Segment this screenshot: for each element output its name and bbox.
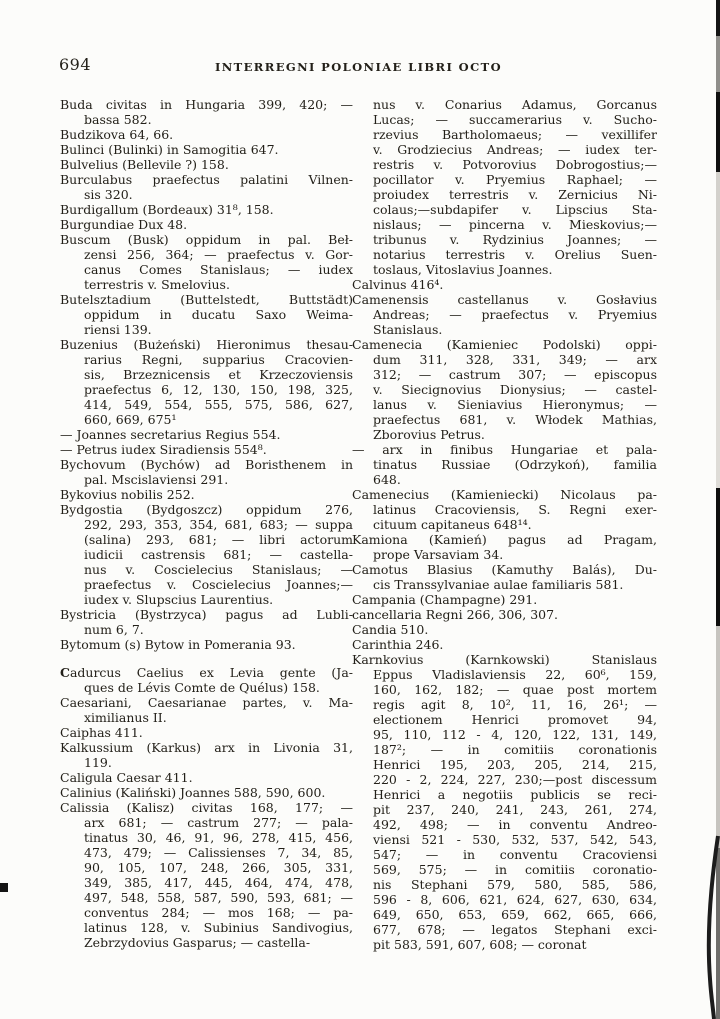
index-line: Buscum (Busk) oppidum in pal. Beł- bbox=[60, 232, 353, 247]
index-entry: Burgundiae Dux 48. bbox=[60, 217, 353, 232]
index-line: Bydgostia (Bydgoszcz) oppidum 276, bbox=[60, 502, 353, 517]
index-line: praefectus 681, v. Włodek Mathias, bbox=[352, 412, 657, 427]
index-line: Campania (Champagne) 291. bbox=[352, 592, 657, 607]
index-entry: Buscum (Busk) oppidum in pal. Beł-zensi … bbox=[60, 232, 353, 292]
index-line: Henrici 195, 203, 205, 214, 215, bbox=[352, 757, 657, 772]
index-line: Zebrzydovius Gasparus; — castella- bbox=[60, 935, 353, 950]
index-line: pit 237, 240, 241, 243, 261, 274, bbox=[352, 802, 657, 817]
index-line: dum 311, 328, 331, 349; — arx bbox=[352, 352, 657, 367]
index-line: cituum capitaneus 648¹⁴. bbox=[352, 517, 657, 532]
index-line: — Petrus iudex Siradiensis 554⁸. bbox=[60, 442, 353, 457]
index-entry: Bystricia (Bystrzyca) pagus ad Lubli-num… bbox=[60, 607, 353, 637]
index-entry: Carinthia 246. bbox=[352, 637, 657, 652]
index-line: 349, 385, 417, 445, 464, 474, 478, bbox=[60, 875, 353, 890]
index-line: regis agit 8, 10², 11, 16, 26¹; — bbox=[352, 697, 657, 712]
index-entry: Campania (Champagne) 291. bbox=[352, 592, 657, 607]
edge-dark-segment bbox=[716, 0, 720, 36]
index-column-left: Buda civitas in Hungaria 399, 420; —bass… bbox=[60, 97, 353, 950]
index-line: Zborovius Petrus. bbox=[352, 427, 657, 442]
index-entry: Budzikova 64, 66. bbox=[60, 127, 353, 142]
edge-dark-segment bbox=[716, 36, 720, 92]
index-line: 473, 479; — Calissienses 7, 34, 85, bbox=[60, 845, 353, 860]
index-line: Caligula Caesar 411. bbox=[60, 770, 353, 785]
index-line: tinatus 30, 46, 91, 96, 278, 415, 456, bbox=[60, 830, 353, 845]
index-line: proiudex terrestris v. Zernicius Ni- bbox=[352, 187, 657, 202]
index-line: cancellaria Regni 266, 306, 307. bbox=[352, 607, 657, 622]
index-line: Burdigallum (Bordeaux) 31⁸, 158. bbox=[60, 202, 353, 217]
index-entry: Caiphas 411. bbox=[60, 725, 353, 740]
index-line: pal. Mscislaviensi 291. bbox=[60, 472, 353, 487]
index-entry: Caesariani, Caesarianae partes, v. Ma-xi… bbox=[60, 695, 353, 725]
index-line: restris v. Potvorovius Dobrogostius;— bbox=[352, 157, 657, 172]
index-line: 649, 650, 653, 659, 662, 665, 666, bbox=[352, 907, 657, 922]
index-entry: cancellaria Regni 266, 306, 307. bbox=[352, 607, 657, 622]
index-line: zensi 256, 364; — praefectus v. Gor- bbox=[60, 247, 353, 262]
index-line: cis Transsylvaniae aulae familiaris 581. bbox=[352, 577, 657, 592]
index-line: (salina) 293, 681; — libri actorum bbox=[60, 532, 353, 547]
index-line: terrestris v. Smelovius. bbox=[60, 277, 353, 292]
index-line: Calinius (Kaliński) Joannes 588, 590, 60… bbox=[60, 785, 353, 800]
index-line: 160, 162, 182; — quae post mortem bbox=[352, 682, 657, 697]
index-line: Burculabus praefectus palatini Vilnen- bbox=[60, 172, 353, 187]
index-line: Kamiona (Kamień) pagus ad Pragam, bbox=[352, 532, 657, 547]
index-line: 414, 549, 554, 555, 575, 586, 627, bbox=[60, 397, 353, 412]
index-line: Candia 510. bbox=[352, 622, 657, 637]
index-line: 547; — in conventu Cracoviensi bbox=[352, 847, 657, 862]
index-entry: Bytomum (s) Bytow in Pomerania 93. bbox=[60, 637, 353, 652]
index-line: sis 320. bbox=[60, 187, 353, 202]
index-line: ques de Lévis Comte de Quélus) 158. bbox=[60, 680, 353, 695]
index-line: iudex v. Slupscius Laurentius. bbox=[60, 592, 353, 607]
index-line: Andreas; — praefectus v. Pryemius bbox=[352, 307, 657, 322]
index-line: latinus Cracoviensis, S. Regni exer- bbox=[352, 502, 657, 517]
index-entry: Bychovum (Bychów) ad Boristhenem inpal. … bbox=[60, 457, 353, 487]
edge-dark-segment bbox=[716, 172, 720, 300]
index-line: 596 - 8, 606, 621, 624, 627, 630, 634, bbox=[352, 892, 657, 907]
index-line: v. Siecignovius Dionysius; — castel- bbox=[352, 382, 657, 397]
scan-mark-artifact bbox=[0, 883, 8, 892]
index-line: riensi 139. bbox=[60, 322, 353, 337]
index-line: Calissia (Kalisz) civitas 168, 177; — bbox=[60, 800, 353, 815]
index-line: pocillator v. Pryemius Raphael; — bbox=[352, 172, 657, 187]
running-title: INTERREGNI POLONIAE LIBRI OCTO bbox=[60, 60, 657, 74]
index-line: nis Stephani 579, 580, 585, 586, bbox=[352, 877, 657, 892]
index-line: Calvinus 416⁴. bbox=[352, 277, 657, 292]
index-line: 292, 293, 353, 354, 681, 683; — suppa bbox=[60, 517, 353, 532]
index-line: 648. bbox=[352, 472, 657, 487]
index-line: lanus v. Sieniavius Hieronymus; — bbox=[352, 397, 657, 412]
index-line: pit 583, 591, 607, 608; — coronat bbox=[352, 937, 657, 952]
index-entry: nus v. Conarius Adamus, GorcanusLucas; —… bbox=[352, 97, 657, 277]
index-entry: Camenecius (Kamieniecki) Nicolaus pa-lat… bbox=[352, 487, 657, 532]
index-line: Lucas; — succamerarius v. Sucho- bbox=[352, 112, 657, 127]
index-line: prope Varsaviam 34. bbox=[352, 547, 657, 562]
index-line: Buzenius (Bużeński) Hieronimus thesau- bbox=[60, 337, 353, 352]
index-line: 187²; — in comitiis coronationis bbox=[352, 742, 657, 757]
index-line: Bychovum (Bychów) ad Boristhenem in bbox=[60, 457, 353, 472]
index-line: 312; — castrum 307; — episcopus bbox=[352, 367, 657, 382]
index-entry: — arx in finibus Hungariae et pala-tinat… bbox=[352, 442, 657, 487]
index-line: nus v. Conarius Adamus, Gorcanus bbox=[352, 97, 657, 112]
scan-curl-artifact bbox=[704, 834, 720, 1019]
index-line: Henrici a negotiis publicis se reci- bbox=[352, 787, 657, 802]
index-line: 677, 678; — legatos Stephani exci- bbox=[352, 922, 657, 937]
index-entry: Burdigallum (Bordeaux) 31⁸, 158. bbox=[60, 202, 353, 217]
index-line: 497, 548, 558, 587, 590, 593, 681; — bbox=[60, 890, 353, 905]
edge-dark-segment bbox=[716, 488, 720, 626]
index-line: ximilianus II. bbox=[60, 710, 353, 725]
index-line: electionem Henrici promovet 94, bbox=[352, 712, 657, 727]
index-entry: Bulvelius (Bellevile ?) 158. bbox=[60, 157, 353, 172]
index-entry: Caligula Caesar 411. bbox=[60, 770, 353, 785]
index-line: Carinthia 246. bbox=[352, 637, 657, 652]
index-line: Camenecia (Kamieniec Podolski) oppi- bbox=[352, 337, 657, 352]
index-line: praefectus 6, 12, 130, 150, 198, 325, bbox=[60, 382, 353, 397]
index-line: conventus 284; — mos 168; — pa- bbox=[60, 905, 353, 920]
index-line: canus Comes Stanislaus; — iudex bbox=[60, 262, 353, 277]
book-page: 694 INTERREGNI POLONIAE LIBRI OCTO Buda … bbox=[0, 0, 720, 1019]
index-line: Bykovius nobilis 252. bbox=[60, 487, 353, 502]
index-entry: Camenecia (Kamieniec Podolski) oppi-dum … bbox=[352, 337, 657, 442]
index-line: Buda civitas in Hungaria 399, 420; — bbox=[60, 97, 353, 112]
index-entry: Kalkussium (Karkus) arx in Livonia 31,11… bbox=[60, 740, 353, 770]
index-line: Camenecius (Kamieniecki) Nicolaus pa- bbox=[352, 487, 657, 502]
index-line: Bystricia (Bystrzyca) pagus ad Lubli- bbox=[60, 607, 353, 622]
index-line: tribunus v. Rydzinius Joannes; — bbox=[352, 232, 657, 247]
index-entry: — Petrus iudex Siradiensis 554⁸. bbox=[60, 442, 353, 457]
index-line: Caesariani, Caesarianae partes, v. Ma- bbox=[60, 695, 353, 710]
index-line: Kalkussium (Karkus) arx in Livonia 31, bbox=[60, 740, 353, 755]
index-line: Bulvelius (Bellevile ?) 158. bbox=[60, 157, 353, 172]
index-line: Camotus Blasius (Kamuthy Balás), Du- bbox=[352, 562, 657, 577]
index-entry: Buzenius (Bużeński) Hieronimus thesau-ra… bbox=[60, 337, 353, 427]
index-line: 660, 669, 675¹ bbox=[60, 412, 353, 427]
index-entry: Calinius (Kaliński) Joannes 588, 590, 60… bbox=[60, 785, 353, 800]
index-column-right: nus v. Conarius Adamus, GorcanusLucas; —… bbox=[352, 97, 657, 952]
index-line: — arx in finibus Hungariae et pala- bbox=[352, 442, 657, 457]
index-line: 569, 575; — in comitiis coronatio- bbox=[352, 862, 657, 877]
index-line: 492, 498; — in conventu Andreo- bbox=[352, 817, 657, 832]
index-line: 119. bbox=[60, 755, 353, 770]
index-line: Budzikova 64, 66. bbox=[60, 127, 353, 142]
index-line: colaus;—subdapifer v. Lipscius Sta- bbox=[352, 202, 657, 217]
index-entry: Bykovius nobilis 252. bbox=[60, 487, 353, 502]
index-entry: Camenensis castellanus v. GosłaviusAndre… bbox=[352, 292, 657, 337]
index-entry: Buda civitas in Hungaria 399, 420; —bass… bbox=[60, 97, 353, 127]
index-line: 95, 110, 112 - 4, 120, 122, 131, 149, bbox=[352, 727, 657, 742]
index-line: bassa 582. bbox=[60, 112, 353, 127]
index-entry: Bulinci (Bulinki) in Samogitia 647. bbox=[60, 142, 353, 157]
index-entry: Bydgostia (Bydgoszcz) oppidum 276,292, 2… bbox=[60, 502, 353, 607]
index-line: sis, Brzeznicensis et Krzeczoviensis bbox=[60, 367, 353, 382]
index-entry: Calissia (Kalisz) civitas 168, 177; —arx… bbox=[60, 800, 353, 950]
index-line: Butelsztadium (Buttelstedt, Buttstädt) bbox=[60, 292, 353, 307]
index-line: 90, 105, 107, 248, 266, 305, 331, bbox=[60, 860, 353, 875]
index-line: — Joannes secretarius Regius 554. bbox=[60, 427, 353, 442]
index-line: num 6, 7. bbox=[60, 622, 353, 637]
index-line: 220 - 2, 224, 227, 230;—post discessum bbox=[352, 772, 657, 787]
index-line: rarius Regni, supparius Cracovien- bbox=[60, 352, 353, 367]
index-line: Stanislaus. bbox=[352, 322, 657, 337]
index-entry: Candia 510. bbox=[352, 622, 657, 637]
index-line: notarius terrestris v. Orelius Suen- bbox=[352, 247, 657, 262]
index-line: Burgundiae Dux 48. bbox=[60, 217, 353, 232]
index-line: arx 681; — castrum 277; — pala- bbox=[60, 815, 353, 830]
index-entry: Burculabus praefectus palatini Vilnen-si… bbox=[60, 172, 353, 202]
index-line: Cadurcus Caelius ex Levia gente (Ja- bbox=[60, 665, 353, 680]
edge-dark-segment bbox=[716, 92, 720, 172]
index-line: Eppus Vladislaviensis 22, 60⁶, 159, bbox=[352, 667, 657, 682]
index-entry: Butelsztadium (Buttelstedt, Buttstädt)op… bbox=[60, 292, 353, 337]
index-line: praefectus v. Coscielecius Joannes;— bbox=[60, 577, 353, 592]
index-entry: Camotus Blasius (Kamuthy Balás), Du-cis … bbox=[352, 562, 657, 592]
index-entry: Cadurcus Caelius ex Levia gente (Ja-ques… bbox=[60, 665, 353, 695]
index-line: Camenensis castellanus v. Gosłavius bbox=[352, 292, 657, 307]
index-entry: Calvinus 416⁴. bbox=[352, 277, 657, 292]
edge-dark-segment bbox=[716, 626, 720, 848]
index-line: tinatus Russiae (Odrzykoń), familia bbox=[352, 457, 657, 472]
index-entry: Karnkovius (Karnkowski) StanislausEppus … bbox=[352, 652, 657, 952]
index-line: latinus 128, v. Subinius Sandivogius, bbox=[60, 920, 353, 935]
index-entry: — Joannes secretarius Regius 554. bbox=[60, 427, 353, 442]
edge-dark-segment bbox=[716, 300, 720, 488]
index-line: toslaus, Vitoslavius Joannes. bbox=[352, 262, 657, 277]
index-line: Caiphas 411. bbox=[60, 725, 353, 740]
index-line: viensi 521 - 530, 532, 537, 542, 543, bbox=[352, 832, 657, 847]
index-line: rzevius Bartholomaeus; — vexillifer bbox=[352, 127, 657, 142]
index-line: Karnkovius (Karnkowski) Stanislaus bbox=[352, 652, 657, 667]
index-line: iudicii castrensis 681; — castella- bbox=[60, 547, 353, 562]
index-line: oppidum in ducatu Saxo Weima- bbox=[60, 307, 353, 322]
index-line: nislaus; — pincerna v. Mieskovius;— bbox=[352, 217, 657, 232]
index-entry: Kamiona (Kamień) pagus ad Pragam,prope V… bbox=[352, 532, 657, 562]
index-line: v. Grodziecius Andreas; — iudex ter- bbox=[352, 142, 657, 157]
index-line: Bytomum (s) Bytow in Pomerania 93. bbox=[60, 637, 353, 652]
index-line: Bulinci (Bulinki) in Samogitia 647. bbox=[60, 142, 353, 157]
index-line: nus v. Coscielecius Stanislaus; — bbox=[60, 562, 353, 577]
